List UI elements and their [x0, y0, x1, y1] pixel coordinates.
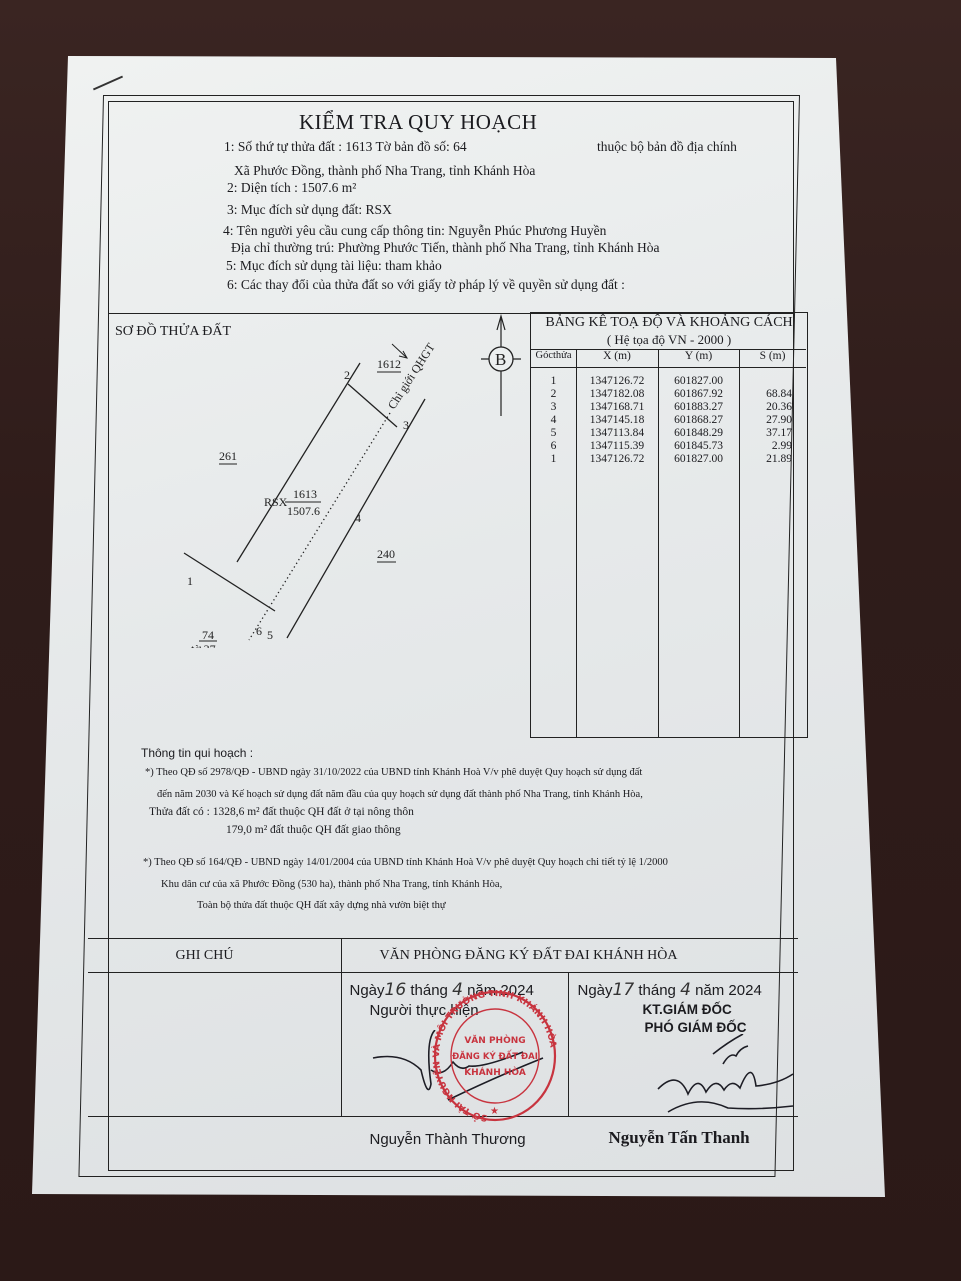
requester: 4: Tên người yêu cầu cung cấp thông tin:… — [223, 223, 606, 239]
header-x: X (m) — [576, 350, 658, 362]
vertex-2: 2 — [344, 368, 350, 382]
vertex-6: 6 — [256, 624, 262, 638]
table-cell: 4 — [531, 414, 576, 426]
stamp-line-1: VĂN PHÒNG — [464, 1034, 525, 1046]
table-cell: 27.90 — [739, 414, 792, 426]
paper-sheet: KIỂM TRA QUY HOẠCH 1: Số thứ tự thửa đất… — [0, 0, 961, 1281]
table-cell: 1347168.71 — [576, 401, 658, 413]
neighbor-74: 74 — [202, 628, 214, 642]
table-cell: 1347113.84 — [576, 427, 658, 439]
table-cell: 37.17 — [739, 427, 792, 439]
table-cell: 601827.00 — [658, 375, 739, 387]
vertex-4: 4 — [355, 511, 361, 525]
table-cell: 601845.73 — [658, 440, 739, 452]
table-subtitle: ( Hệ tọa độ VN - 2000 ) — [531, 332, 807, 348]
parcel-diagram: B 1612 261 240 74 tờ 37 RSX 1613 1507.6 … — [109, 308, 529, 648]
vertex-1: 1 — [187, 574, 193, 588]
document-title: KIỂM TRA QUY HOẠCH — [299, 110, 537, 135]
header-y: Y (m) — [658, 350, 739, 362]
right-role-2: PHÓ GIÁM ĐỐC — [645, 1020, 747, 1035]
header-s: S (m) — [739, 350, 806, 362]
parcel-id: 1613 — [293, 487, 317, 501]
planning-line: 179,0 m² đất thuộc QH đất giao thông — [226, 824, 401, 836]
area: 2: Diện tích : 1507.6 m² — [227, 180, 356, 196]
table-cell: 1 — [531, 453, 576, 465]
table-cell: 1347126.72 — [576, 375, 658, 387]
table-cell: 601827.00 — [658, 453, 739, 465]
right-date: Ngày17 tháng 4 năm 2024 — [578, 980, 762, 1000]
stamp-star-icon: ★ — [490, 1106, 499, 1117]
neighbor-sheet: tờ 37 — [191, 642, 216, 648]
table-cell: 20.36 — [739, 401, 792, 413]
table-cell: 601848.29 — [658, 427, 739, 439]
table-cell: 601868.27 — [658, 414, 739, 426]
table-cell: 5 — [531, 427, 576, 439]
stamp-line-2: ĐĂNG KÝ ĐẤT ĐAI — [452, 1049, 538, 1062]
purpose: 5: Mục đích sử dụng tài liệu: tham khảo — [226, 258, 442, 274]
office-label: VĂN PHÒNG ĐĂNG KÝ ĐẤT ĐAI KHÁNH HÒA — [380, 948, 678, 964]
vertex-3: 3 — [403, 418, 409, 432]
planning-line: Khu dân cư của xã Phước Đồng (530 ha), t… — [161, 879, 502, 890]
table-cell: 1347115.39 — [576, 440, 658, 452]
table-cell: 3 — [531, 401, 576, 413]
table-cell: 2.99 — [739, 440, 792, 452]
neighbor-240: 240 — [377, 547, 395, 561]
parcel-area: 1507.6 — [287, 504, 320, 518]
table-cell: 21.89 — [739, 453, 792, 465]
table-cell: 1347182.08 — [576, 388, 658, 400]
planning-line: *) Theo QĐ số 164/QĐ - UBND ngày 14/01/2… — [143, 857, 668, 868]
official-stamp: SỞ TÀI NGUYÊN VÀ MÔI TRƯỜNG TỈNH KHÁNH H… — [430, 990, 560, 1130]
parcel-number: 1: Số thứ tự thửa đất : 1613 Tờ bản đồ s… — [224, 139, 467, 155]
table-cell: 601883.27 — [658, 401, 739, 413]
table-cell: 601867.92 — [658, 388, 739, 400]
right-role-1: KT.GIÁM ĐỐC — [643, 1002, 732, 1017]
header-vertex: Gócthửa — [531, 350, 576, 361]
table-cell: 68.84 — [739, 388, 792, 400]
boundary-label: Chỉ giới QHGT — [385, 340, 438, 412]
neighbor-1612: 1612 — [377, 357, 401, 371]
land-use: 3: Mục đích sử dụng đất: RSX — [227, 202, 392, 218]
planning-line: Thửa đất có : 1328,6 m² đất thuộc QH đất… — [149, 806, 414, 818]
stamp-line-3: KHÁNH HÒA — [464, 1066, 526, 1078]
coordinate-table: BẢNG KÊ TOẠ ĐỘ VÀ KHOẢNG CÁCH ( Hệ tọa đ… — [530, 312, 808, 738]
left-signer-name: Nguyễn Thành Thương — [370, 1131, 526, 1148]
planning-heading: Thông tin qui hoạch : — [141, 746, 253, 760]
planning-line: Toàn bộ thửa đất thuộc QH đất xây dựng n… — [197, 900, 446, 911]
location: Xã Phước Đồng, thành phố Nha Trang, tỉnh… — [234, 163, 535, 179]
table-title: BẢNG KÊ TOẠ ĐỘ VÀ KHOẢNG CÁCH — [531, 315, 807, 331]
parcel-use: RSX — [264, 495, 288, 509]
planning-line: *) Theo QĐ số 2978/QĐ - UBND ngày 31/10/… — [145, 767, 642, 778]
planning-line: đến năm 2030 và Kế hoạch sử dụng đất năm… — [157, 789, 643, 800]
table-cell: 1347126.72 — [576, 453, 658, 465]
neighbor-261: 261 — [219, 449, 237, 463]
changes: 6: Các thay đổi của thửa đất so với giấy… — [227, 277, 625, 293]
table-cell: 1 — [531, 375, 576, 387]
address: Địa chỉ thường trú: Phường Phước Tiến, t… — [231, 240, 660, 256]
table-cell: 2 — [531, 388, 576, 400]
table-cell: 1347145.18 — [576, 414, 658, 426]
table-cell: 6 — [531, 440, 576, 452]
north-label: B — [495, 350, 506, 369]
notes-label: GHI CHÚ — [176, 948, 234, 964]
corner-mark — [93, 76, 123, 91]
cadastral-set: thuộc bộ bản đồ địa chính — [597, 139, 737, 155]
vertex-5: 5 — [267, 628, 273, 642]
right-signature — [628, 1034, 798, 1134]
right-signer-name: Nguyễn Tấn Thanh — [609, 1128, 750, 1148]
